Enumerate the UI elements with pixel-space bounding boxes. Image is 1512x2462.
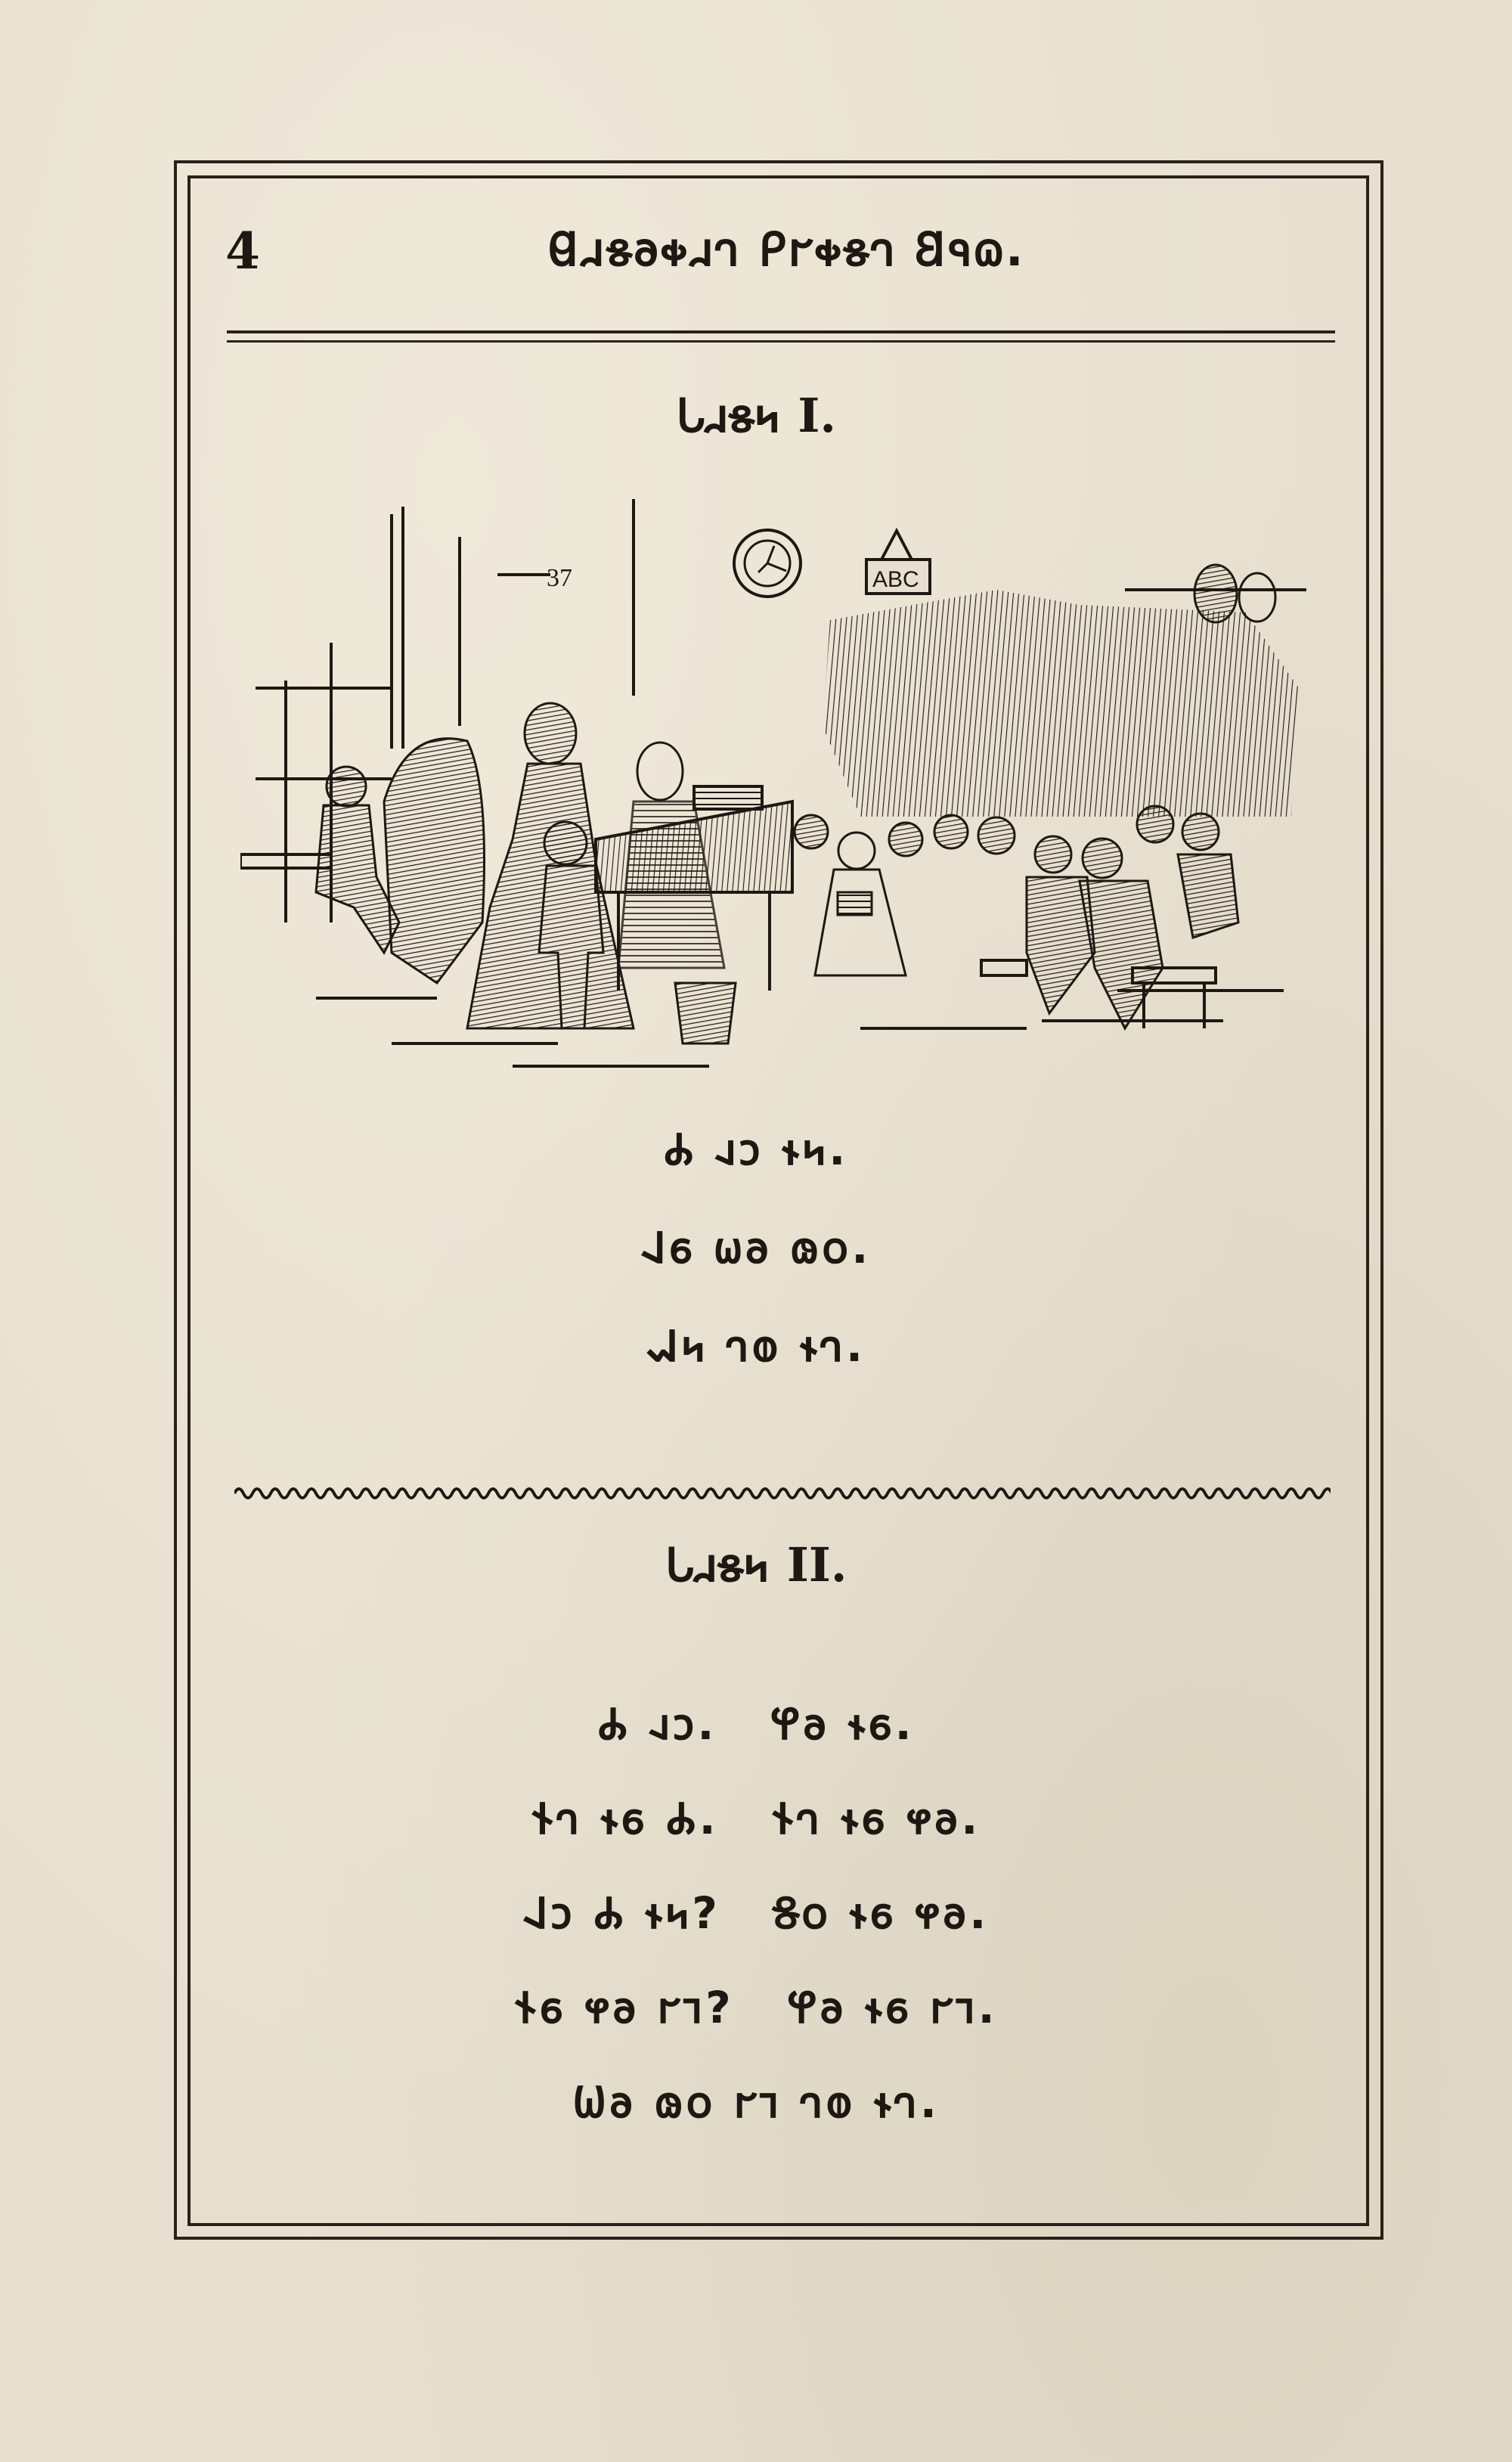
lesson-1-title: 𐐢𐐯𐑅𐑌 (676, 388, 779, 443)
svg-text:ABC: ABC (872, 567, 919, 592)
lesson-2-line-4: 𐐆𐑆 𐐸𐐨 𐐲𐐹?𐐐𐐨 𐐮𐑆 𐐲𐐹. (0, 1977, 1512, 2038)
lesson-1-line-3: 𐐉𐑌 𐐻𐐭 𐐮𐐻. (0, 1316, 1512, 1376)
lesson-2-line-3: 𐐈𐑋 𐐌 𐐮𐑌?𐐝𐐬 𐐮𐑆 𐐸𐐨. (0, 1883, 1512, 1943)
sentence: 𐐆𐑆 𐐸𐐨 𐐲𐐹? (514, 1982, 734, 2033)
sentence: 𐐌 𐐰𐑋. (597, 1698, 717, 1750)
lesson-1-line-2: 𐐈𐑆 𐐶𐐨 𐑀𐐬. (0, 1217, 1512, 1278)
clock-icon (734, 530, 801, 597)
sentence: 𐐐𐐨 𐐮𐑆. (770, 1698, 914, 1750)
sentence: 𐐈𐑋 𐐌 𐐮𐑌? (523, 1887, 720, 1939)
sentence: 𐐈𐑆 𐐶𐐨 𐑀𐐬. (641, 1222, 872, 1273)
header-rule-top (227, 330, 1335, 333)
sentence: 𐐝𐐬 𐐮𐑆 𐐸𐐨. (773, 1887, 989, 1939)
sentence: 𐐆𐐻 𐐮𐑆 𐐌. (531, 1793, 719, 1844)
lesson-2-numeral: II. (787, 1537, 847, 1592)
page-number: 4 (225, 221, 260, 281)
sentence: 𐐎𐐨 𐑀𐐬 𐐲𐐹 𐐻𐐭 𐐮𐐻. (572, 2076, 940, 2128)
sentence: 𐐌 𐐰𐑋 𐐮𐑌. (664, 1124, 848, 1175)
running-title: 𐐔𐐯𐑅𐐨𐑉𐐯𐐻 𐐙𐐲𐑉𐑅𐐻 𐐒𐐳𐐿. (484, 218, 1089, 281)
sentence: 𐐆𐐻 𐐮𐑆 𐐸𐐨. (772, 1793, 981, 1844)
schoolroom-illustration: 37 ABC (240, 499, 1321, 1074)
lesson-2-line-5: 𐐎𐐨 𐑀𐐬 𐐲𐐹 𐐻𐐭 𐐮𐐻. (0, 2072, 1512, 2132)
sentence: 𐐐𐐨 𐐮𐑆 𐐲𐐹. (787, 1982, 998, 2033)
lesson-1-heading: 𐐢𐐯𐑅𐑌I. (0, 386, 1512, 446)
sentence: 𐐉𐑌 𐐻𐐭 𐐮𐐻. (646, 1320, 866, 1372)
lesson-1-numeral: I. (798, 388, 836, 443)
lesson-2-line-2: 𐐆𐐻 𐐮𐑆 𐐌.𐐆𐐻 𐐮𐑆 𐐸𐐨. (0, 1788, 1512, 1849)
header-rule-bottom (227, 340, 1335, 343)
wall-number: 37 (547, 564, 572, 592)
lesson-2-line-1: 𐐌 𐐰𐑋.𐐐𐐨 𐐮𐑆. (0, 1694, 1512, 1754)
wavy-divider (234, 1478, 1331, 1509)
abc-sign: ABC (866, 531, 930, 594)
lesson-2-title: 𐐢𐐯𐑅𐑌 (665, 1537, 769, 1592)
lesson-1-line-1: 𐐌 𐐰𐑋 𐐮𐑌. (0, 1119, 1512, 1180)
lesson-2-heading: 𐐢𐐯𐑅𐑌II. (0, 1535, 1512, 1595)
